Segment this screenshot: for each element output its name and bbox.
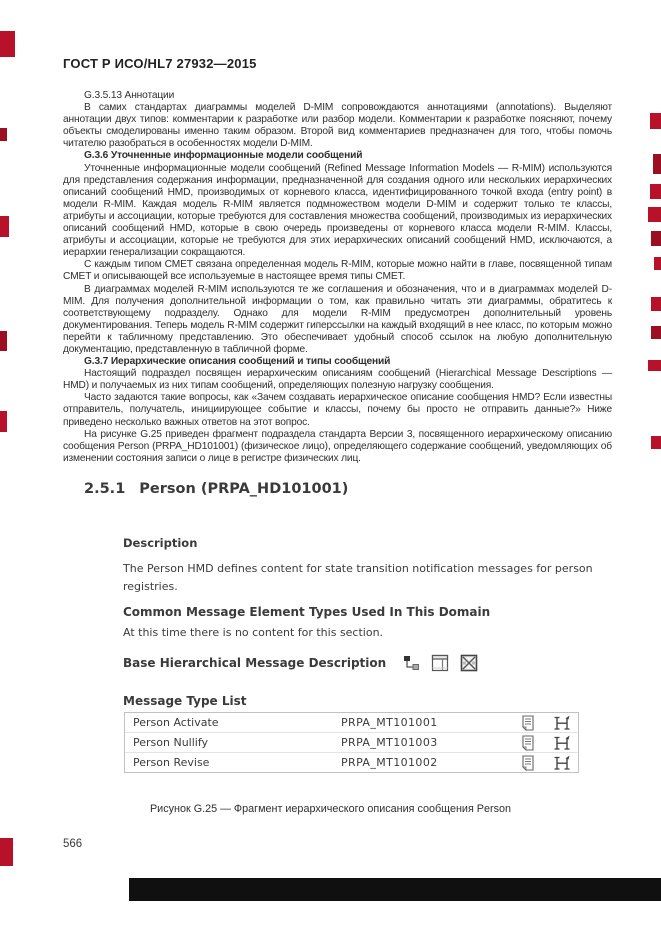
paragraph: Настоящий подраздел посвящен иерархическ… (63, 368, 612, 392)
message-type-list-heading: Message Type List (123, 694, 247, 708)
scan-artifact (653, 154, 661, 174)
paragraph: На рисунке G.25 приведен фрагмент подраз… (63, 429, 612, 465)
interaction-icon (554, 755, 571, 771)
paragraph: С каждым типом CMET связана определенная… (63, 259, 612, 283)
body-text-block: G.3.5.13 Аннотации В самих стандартах ди… (63, 90, 612, 465)
scan-artifact (0, 31, 15, 57)
scan-artifact (650, 113, 661, 129)
base-hmd-heading: Base Hierarchical Message Description (123, 656, 386, 670)
paragraph: Уточненные информационные модели сообщен… (63, 163, 612, 260)
document-icon (521, 755, 535, 771)
document-icon (521, 735, 535, 751)
scan-artifact (651, 436, 661, 449)
message-name: Person Nullify (133, 736, 208, 749)
paragraph: Часто задаются такие вопросы, как «Зачем… (63, 392, 612, 428)
scan-artifact (648, 360, 661, 371)
paragraph: G.3.5.13 Аннотации (63, 90, 612, 102)
grid-export-icon (460, 654, 478, 672)
document-page: ГОСТ Р ИСО/HL7 27932—2015 G.3.5.13 Аннот… (0, 0, 661, 935)
scan-artifact (0, 128, 7, 141)
scan-artifact (651, 297, 661, 311)
interaction-icon (554, 715, 571, 731)
message-name: Person Activate (133, 716, 219, 729)
section-heading-g37: G.3.7 Иерархические описания сообщений и… (63, 356, 612, 368)
figure-section-heading: 2.5.1Person (PRPA_HD101001) (84, 481, 348, 497)
scan-artifact (651, 326, 661, 339)
message-type-table: Person Activate PRPA_MT101001 (124, 712, 579, 773)
scan-artifact (654, 257, 661, 270)
table-row: Person Activate PRPA_MT101001 (125, 713, 578, 733)
interaction-icon (554, 735, 571, 751)
scan-bottom-bar (129, 878, 661, 901)
scan-artifact (0, 331, 7, 351)
scan-artifact (0, 838, 13, 866)
scan-artifact (648, 207, 661, 222)
scan-artifact (0, 411, 7, 432)
hierarchy-tree-icon (402, 654, 420, 672)
base-hmd-row: Base Hierarchical Message Description (123, 654, 489, 672)
figure-section-number: 2.5.1 (84, 481, 125, 497)
page-number: 566 (63, 838, 82, 850)
table-row: Person Revise PRPA_MT101002 (125, 753, 578, 772)
message-code: PRPA_MT101003 (341, 736, 438, 749)
paragraph: В диаграммах моделей R-MIM используются … (63, 284, 612, 357)
paragraph: В самих стандартах диаграммы моделей D-M… (63, 102, 612, 150)
description-text: The Person HMD defines content for state… (123, 560, 603, 595)
table-view-icon (431, 654, 449, 672)
figure-section-title: Person (PRPA_HD101001) (139, 481, 348, 497)
scan-artifact (0, 216, 9, 237)
cmet-text: At this time there is no content for thi… (123, 626, 383, 639)
figure-caption: Рисунок G.25 — Фрагмент иерархического о… (0, 803, 661, 815)
section-heading-g36: G.3.6 Уточненные информационные модели с… (63, 150, 612, 162)
document-header-title: ГОСТ Р ИСО/HL7 27932—2015 (63, 56, 257, 71)
scan-artifact (651, 231, 661, 246)
description-heading: Description (123, 536, 197, 550)
scan-artifact (650, 184, 661, 199)
cmet-heading: Common Message Element Types Used In Thi… (123, 605, 490, 619)
table-row: Person Nullify PRPA_MT101003 (125, 733, 578, 753)
message-code: PRPA_MT101001 (341, 716, 438, 729)
message-code: PRPA_MT101002 (341, 756, 438, 769)
document-icon (521, 715, 535, 731)
message-name: Person Revise (133, 756, 209, 769)
